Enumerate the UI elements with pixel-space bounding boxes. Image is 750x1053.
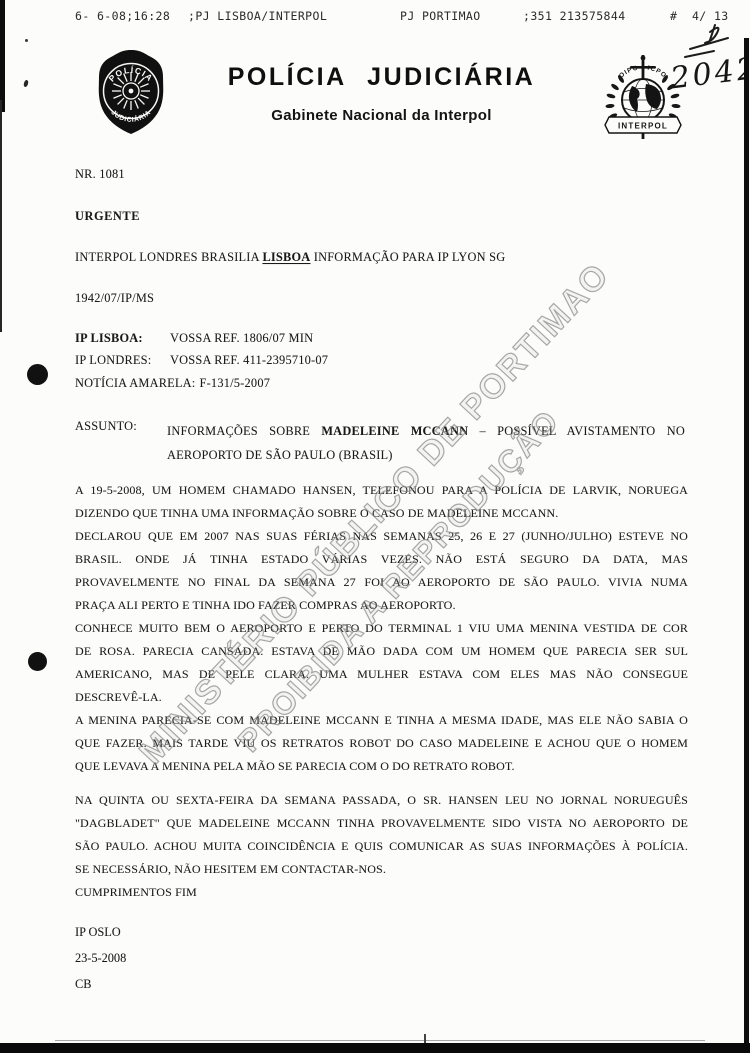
paragraph-gap [75, 778, 688, 789]
letterhead-title: POLÍCIA JUDICIÁRIA [75, 63, 688, 92]
body-line: NA QUINTA OU SEXTA-FEIRA DA SEMANA PASSA… [75, 789, 688, 812]
fax-document-page: 6- 6-08;16:28 ;PJ LISBOA/INTERPOL PJ POR… [0, 0, 750, 1053]
ref-label: IP LONDRES: [75, 353, 166, 368]
scan-edge-left-top [0, 0, 5, 112]
scan-speck [23, 80, 29, 88]
body-line: SE NECESSÁRIO, NÃO HESITEM EM CONTACTAR-… [75, 858, 688, 881]
body-line: QUE FAZER. MAIS TARDE VIU OS RETRATOS RO… [75, 732, 688, 755]
scan-edge-right [744, 38, 749, 1044]
subject-pre: INFORMAÇÕES SOBRE [167, 424, 321, 438]
body-line: AMERICANO, MAS DE PELE CLARA. UMA MULHER… [75, 663, 688, 686]
body-line: QUE LEVAVA A MENINA PELA MÃO SE PARECIA … [75, 755, 688, 778]
punch-hole-bottom [28, 652, 47, 671]
body-line: "DAGBLADET" QUE MADELEINE MCCANN TINHA P… [75, 812, 688, 835]
scan-edge-left-thin [0, 100, 2, 332]
fax-sender: ;PJ LISBOA/INTERPOL [188, 9, 327, 23]
ref-row-londres: IP LONDRES:VOSSA REF. 411-2395710-07 [75, 353, 328, 375]
routing-emphasis: LISBOA [262, 250, 310, 264]
body-line: PRAÇA ALI PERTO E TINHA IDO FAZER COMPRA… [75, 594, 688, 617]
handwritten-page-number: 2042 [668, 51, 748, 95]
body-line: DECLAROU QUE EM 2007 NAS SUAS FÉRIAS NAS… [75, 525, 688, 548]
ref-label: IP LISBOA: [75, 331, 166, 346]
signature-office: IP OSLO [75, 919, 126, 945]
letterhead-subtitle: Gabinete Nacional da Interpol [75, 107, 688, 124]
interpol-banner-text: INTERPOL [618, 122, 668, 131]
document-number: NR. 1081 [75, 167, 125, 182]
scan-bottom-bar [0, 1043, 750, 1053]
urgency-label: URGENTE [75, 209, 140, 224]
punch-hole-top [27, 364, 48, 385]
body-line: CONHECE MUITO BEM O AEROPORTO E PERTO DO… [75, 617, 688, 640]
fax-number: ;351 213575844 [523, 9, 626, 23]
subject-emphasis: MADELEINE MCCANN [321, 424, 468, 438]
routing-line: INTERPOL LONDRES BRASILIA LISBOA INFORMA… [75, 250, 505, 265]
subject-label: ASSUNTO: [75, 419, 137, 434]
ref-value: VOSSA REF. 1806/07 MIN [170, 331, 313, 345]
ref-value: F-131/5-2007 [199, 376, 270, 390]
subject-line-2: AEROPORTO DE SÃO PAULO (BRASIL) [167, 443, 685, 467]
references-block: IP LISBOA:VOSSA REF. 1806/07 MIN IP LOND… [75, 331, 328, 398]
routing-post: INFORMAÇÃO PARA IP LYON SG [310, 250, 505, 264]
subject-post: – POSSÍVEL AVISTAMENTO NO [468, 424, 685, 438]
handwritten-annotation: 2042 [668, 20, 748, 95]
body-line: DESCREVÊ-LA. [75, 686, 688, 709]
body-line: SÃO PAULO. ACHOU MUITA COINCIDÊNCIA E QU… [75, 835, 688, 858]
body-line: DIZENDO QUE TINHA UMA INFORMAÇÃO SOBRE O… [75, 502, 688, 525]
body-line: CUMPRIMENTOS FIM [75, 881, 688, 904]
fax-timestamp: 6- 6-08;16:28 [75, 9, 170, 23]
body-line: A 19-5-2008, UM HOMEM CHAMADO HANSEN, TE… [75, 479, 688, 502]
ref-label: NOTÍCIA AMARELA: [75, 376, 195, 391]
scan-speck [25, 39, 28, 42]
signature-block: IP OSLO 23-5-2008 CB [75, 919, 126, 997]
subject-line-1: INFORMAÇÕES SOBRE MADELEINE MCCANN – POS… [167, 419, 685, 443]
fax-recipient: PJ PORTIMAO [400, 9, 481, 23]
scan-tick-mark [424, 1034, 426, 1043]
routing-pre: INTERPOL LONDRES BRASILIA [75, 250, 262, 264]
ref-row-lisboa: IP LISBOA:VOSSA REF. 1806/07 MIN [75, 331, 328, 353]
document-body: A 19-5-2008, UM HOMEM CHAMADO HANSEN, TE… [75, 479, 688, 904]
signature-date: 23-5-2008 [75, 945, 126, 971]
subject-block: ASSUNTO: INFORMAÇÕES SOBRE MADELEINE MCC… [75, 419, 688, 467]
reference-number: 1942/07/IP/MS [75, 291, 154, 306]
ref-value: VOSSA REF. 411-2395710-07 [170, 353, 328, 367]
body-line: A MENINA PARECIA-SE COM MADELEINE MCCANN… [75, 709, 688, 732]
body-line: BRASIL. ONDE JÁ TINHA ESTADO VÁRIAS VEZE… [75, 548, 688, 571]
scan-bottom-line [55, 1040, 705, 1041]
body-line: DE ROSA. PARECIA CANSADA. ESTAVA DE MÃO … [75, 640, 688, 663]
ref-row-noticia-amarela: NOTÍCIA AMARELA:F-131/5-2007 [75, 376, 328, 398]
signature-initials: CB [75, 971, 126, 997]
body-line: PROVAVELMENTE NO FINAL DA SEMANA 27 FOI … [75, 571, 688, 594]
